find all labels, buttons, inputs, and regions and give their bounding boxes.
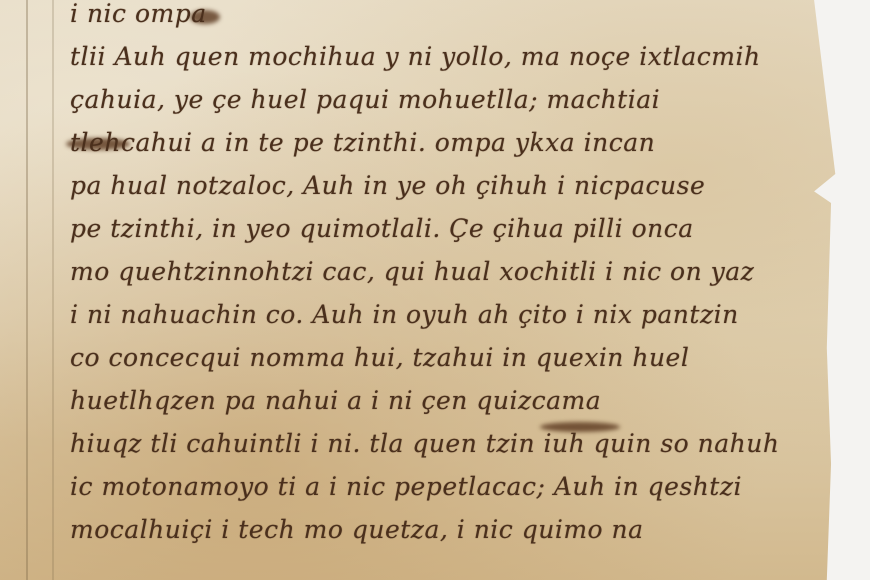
page-fold-line [26, 0, 28, 580]
manuscript-line: i nic ompa [70, 0, 840, 35]
manuscript-line: tlii Auh quen mochihua y ni yollo, ma no… [70, 35, 840, 78]
manuscript-page: i nic ompa tlii Auh quen mochihua y ni y… [0, 0, 848, 580]
manuscript-line: ic motonamoyo ti a i nic pepetlacac; Auh… [70, 465, 840, 508]
manuscript-line: pe tzinthi, in yeo quimotlali. Çe çihua … [70, 207, 840, 250]
page-fold-line [52, 0, 54, 580]
manuscript-line: mo quehtzinnohtzi cac, qui hual xochitli… [70, 250, 840, 293]
manuscript-line: çahuia, ye çe huel paqui mohuetlla; mach… [70, 78, 840, 121]
manuscript-text: i nic ompa tlii Auh quen mochihua y ni y… [70, 0, 840, 551]
manuscript-line: tlehcahui a in te pe tzinthi. ompa ykxa … [70, 121, 840, 164]
manuscript-line: co concecqui nomma hui, tzahui in quexin… [70, 336, 840, 379]
manuscript-line: pa hual notzaloc, Auh in ye oh çihuh i n… [70, 164, 840, 207]
manuscript-line: hiuqz tli cahuintli i ni. tla quen tzin … [70, 422, 840, 465]
manuscript-line: huetlhqzen pa nahui a i ni çen quizcama [70, 379, 840, 422]
manuscript-line: i ni nahuachin co. Auh in oyuh ah çito i… [70, 293, 840, 336]
manuscript-line: mocalhuiçi i tech mo quetza, i nic quimo… [70, 508, 840, 551]
